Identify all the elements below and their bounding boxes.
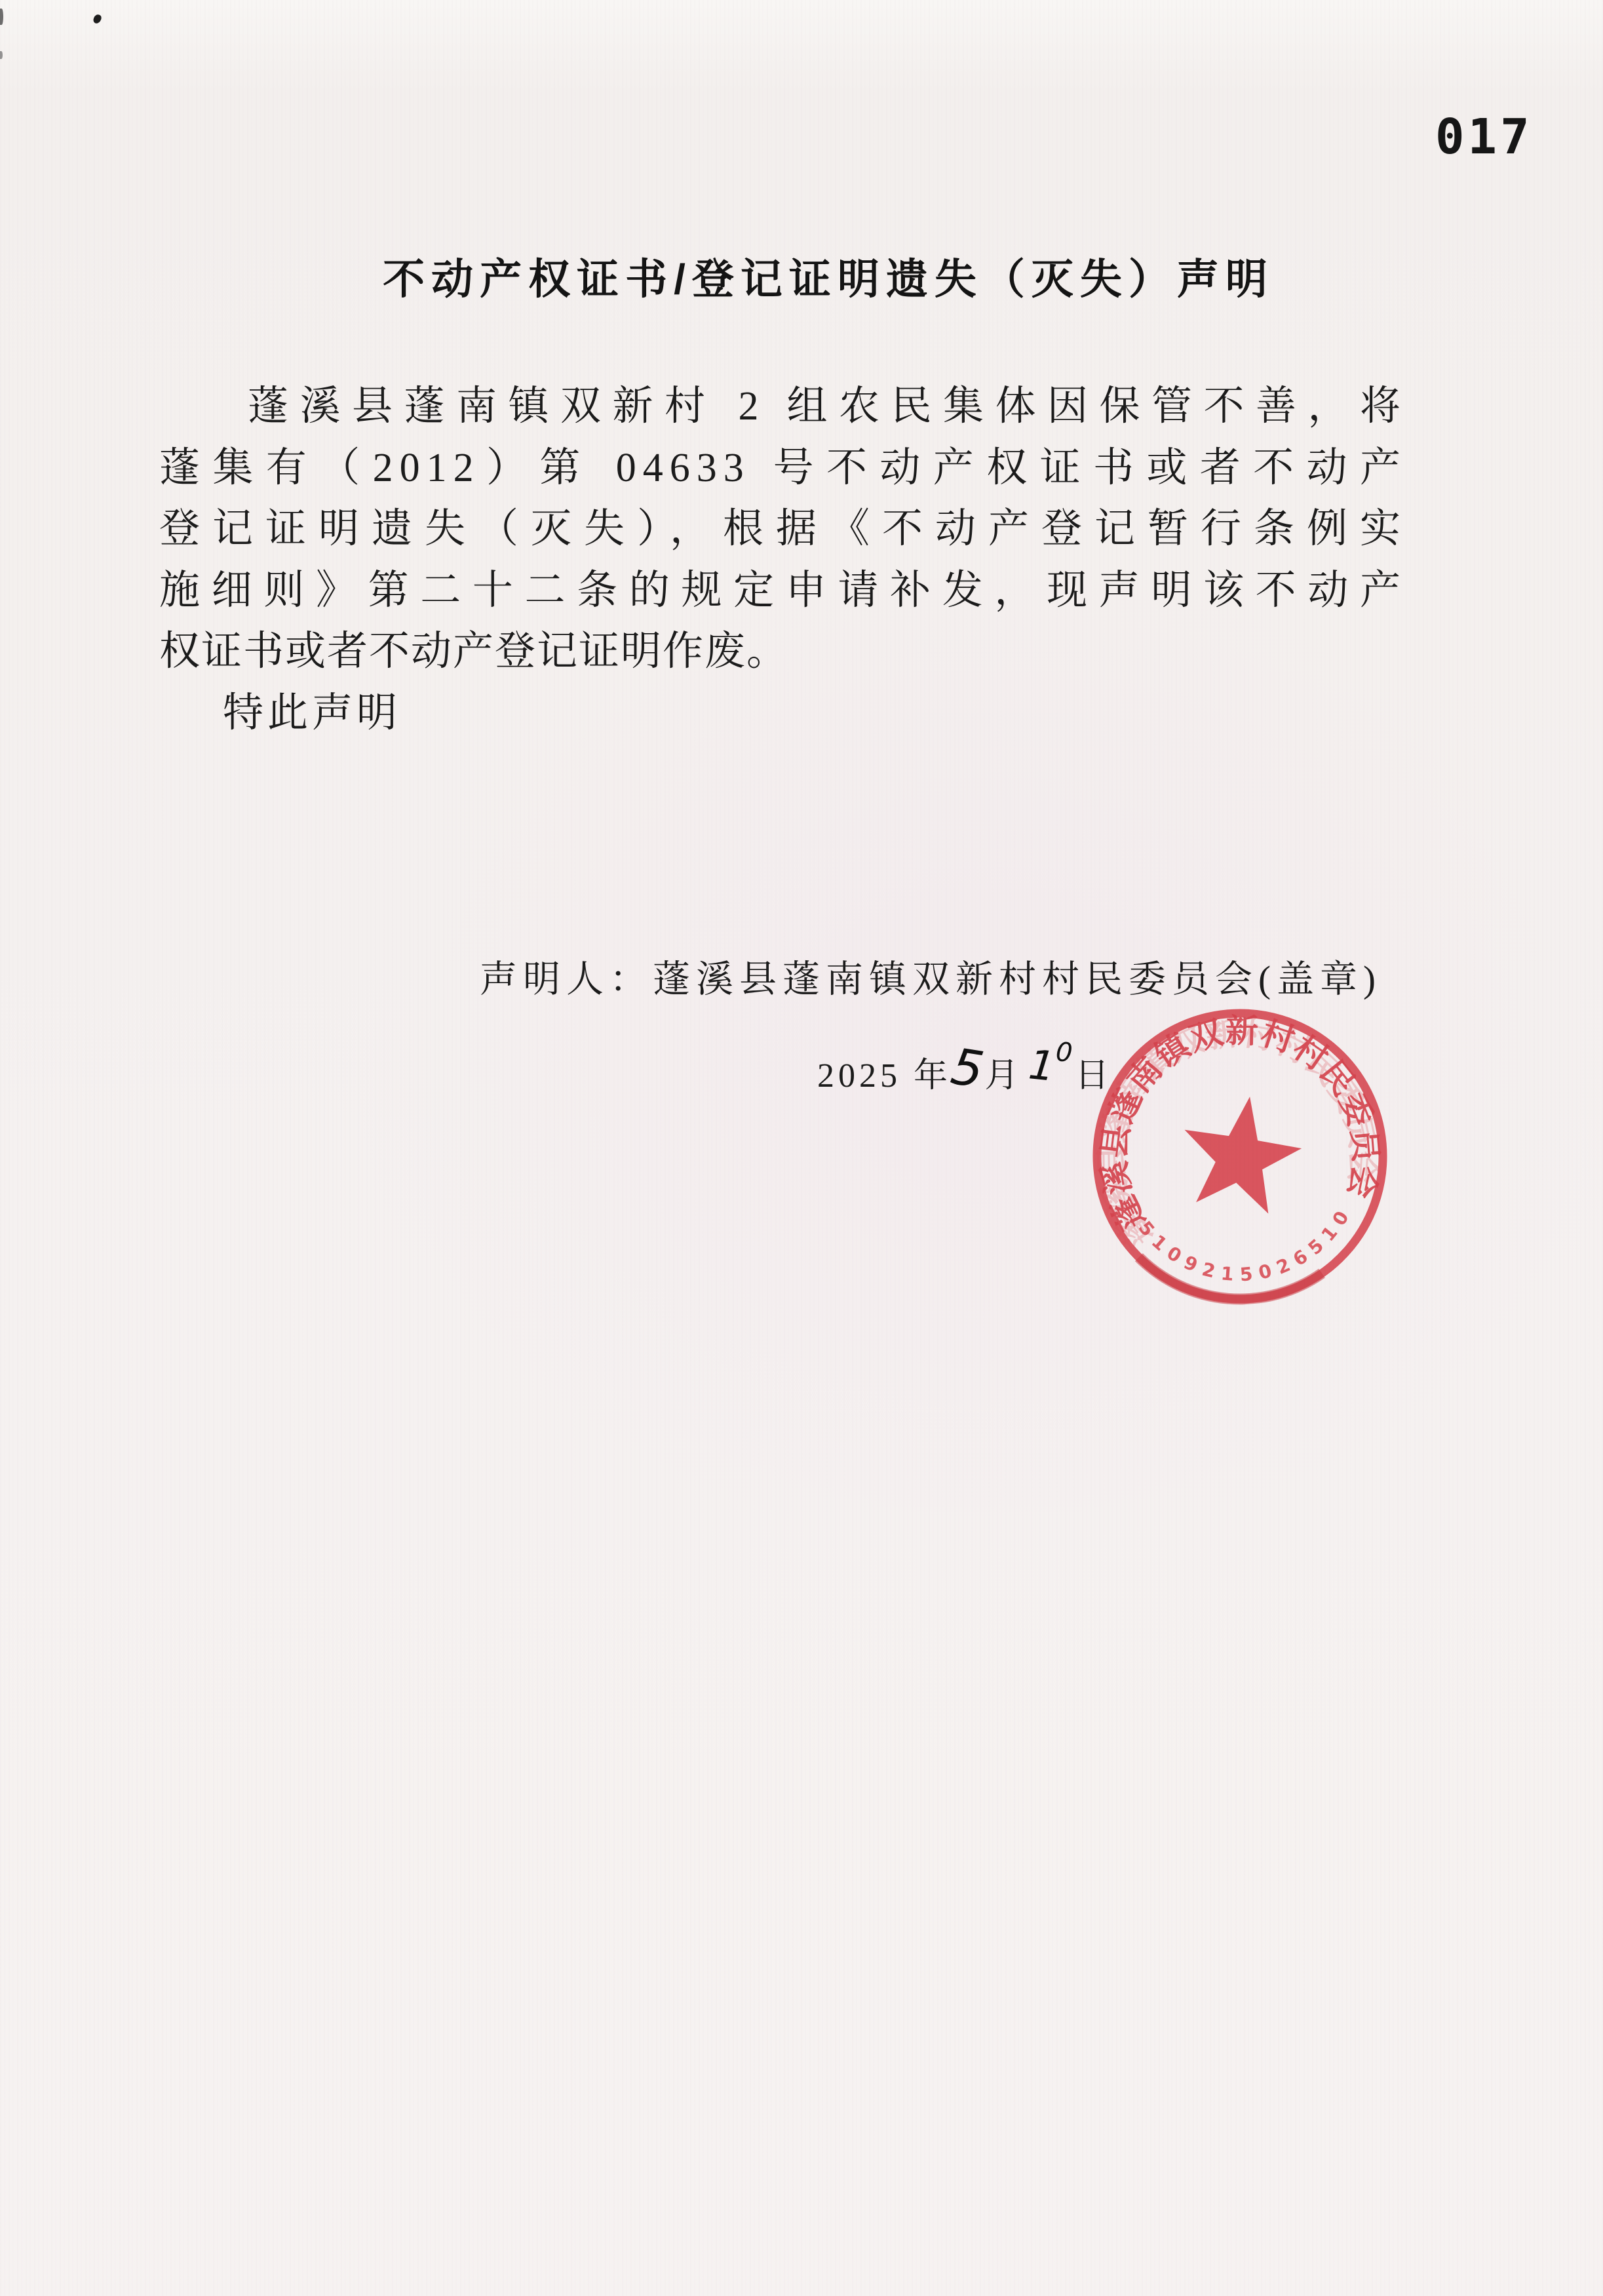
- declarant-line: 声明人：蓬溪县蓬南镇双新村村民委员会(盖章): [480, 949, 1381, 1003]
- page-number: 017: [1435, 109, 1527, 165]
- handwritten-month: 5: [949, 1049, 986, 1088]
- seal-organization-text: 蓬溪县蓬南镇双新村村民委员会: [1083, 1000, 1389, 1237]
- body-line: 蓬溪县蓬南镇双新村 2 组农民集体因保管不善，将: [159, 376, 1407, 438]
- star-icon: [1174, 1087, 1308, 1217]
- date-year: 2025 年: [817, 1047, 952, 1097]
- body-line: 施细则》第二十二条的规定申请补发，现声明该不动产: [159, 560, 1407, 622]
- scan-edge-mark: [0, 51, 3, 59]
- handwritten-day-tens: 1: [1028, 1047, 1057, 1084]
- document-body: 蓬溪县蓬南镇双新村 2 组农民集体因保管不善，将 蓬集有（2012）第 0463…: [159, 376, 1407, 744]
- official-seal: 蓬溪县蓬南镇双新村村民委员会 蓬溪县蓬南镇双新村村民委员会 5109215026…: [1079, 996, 1400, 1317]
- handwritten-day-ones: 0: [1054, 1039, 1073, 1066]
- document-title: 不动产权证书/登记证明遗失（灭失）声明: [159, 253, 1407, 305]
- body-line: 登记证明遗失（灭失），根据《不动产登记暂行条例实: [159, 499, 1407, 560]
- declarant-name: 蓬溪县蓬南镇双新村村民委员会(盖章): [653, 959, 1381, 1000]
- date-month-label: 月: [984, 1047, 1022, 1097]
- body-line: 蓬集有（2012）第 04633 号不动产权证书或者不动产: [159, 438, 1407, 499]
- body-line: 权证书或者不动产登记证明作废。: [159, 621, 1407, 683]
- document-page: 017 不动产权证书/登记证明遗失（灭失）声明 蓬溪县蓬南镇双新村 2 组农民集…: [0, 0, 1603, 2296]
- declarant-label: 声明人：: [480, 959, 653, 1000]
- date-line: 2025 年 5 月 1 0 日: [817, 1047, 1113, 1097]
- body-line: 特此声明: [159, 683, 1407, 745]
- scan-edge-mark: [0, 9, 3, 25]
- scan-speck: [92, 13, 103, 24]
